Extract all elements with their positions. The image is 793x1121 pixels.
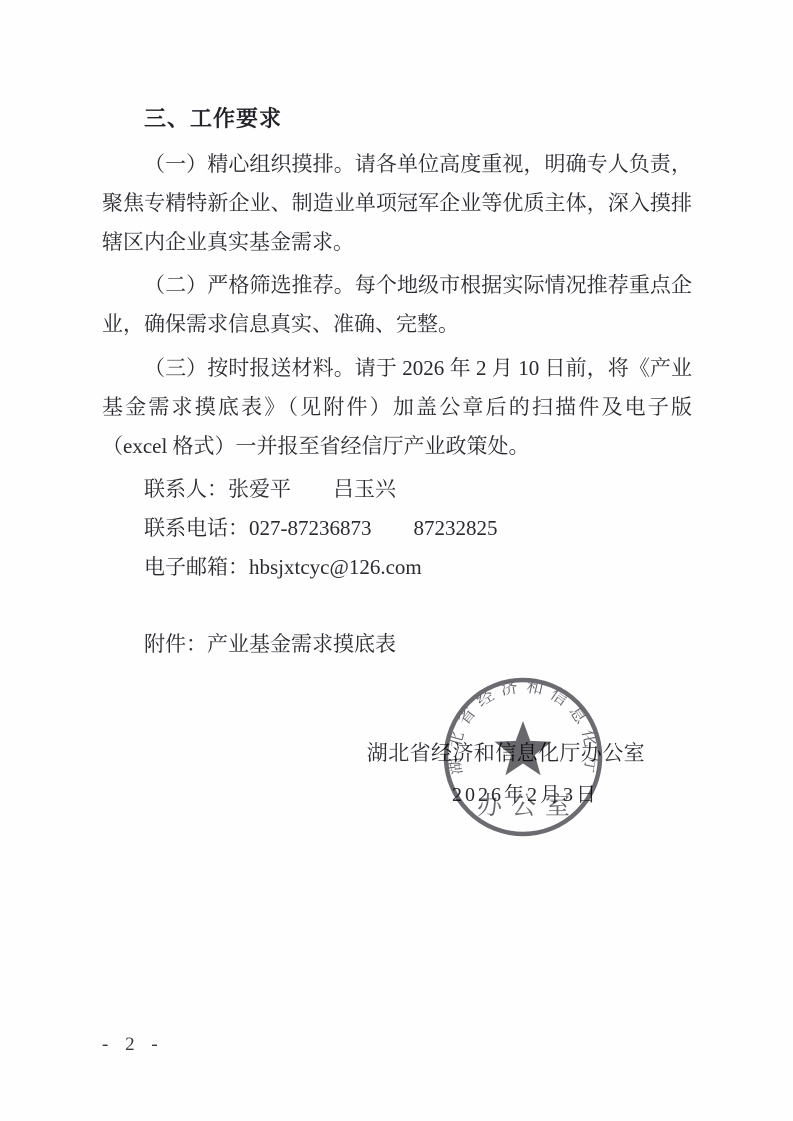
contact-email-line: 电子邮箱：hbsjxtcyc@126.com (102, 548, 692, 587)
attachment-line: 附件：产业基金需求摸底表 (102, 625, 692, 664)
signature-block: 湖北省经济和信息化厅办公室 2026年2月3日 (102, 738, 692, 810)
body-paragraphs: （一）精心组织摸排。请各单位高度重视，明确专人负责，聚焦专精特新企业、制造业单项… (102, 145, 692, 465)
section-heading: 三、工作要求 (102, 103, 692, 137)
signature-date: 2026年2月3日 (102, 780, 692, 810)
paragraph-2: （二）严格筛选推荐。每个地级市根据实际情况推荐重点企业，确保需求信息真实、准确、… (102, 266, 692, 344)
paragraph-1: （一）精心组织摸排。请各单位高度重视，明确专人负责，聚焦专精特新企业、制造业单项… (102, 145, 692, 261)
document-content: 三、工作要求 （一）精心组织摸排。请各单位高度重视，明确专人负责，聚焦专精特新企… (0, 0, 793, 810)
page-number: - 2 - (102, 1034, 164, 1056)
contact-person-line: 联系人：张爱平 吕玉兴 (102, 470, 692, 509)
signature-org: 湖北省经济和信息化厅办公室 (102, 738, 692, 768)
paragraph-3: （三）按时报送材料。请于 2026 年 2 月 10 日前，将《产业基金需求摸底… (102, 349, 692, 465)
document-page: 三、工作要求 （一）精心组织摸排。请各单位高度重视，明确专人负责，聚焦专精特新企… (0, 0, 793, 1121)
contact-phone-line: 联系电话：027-87236873 87232825 (102, 509, 692, 548)
